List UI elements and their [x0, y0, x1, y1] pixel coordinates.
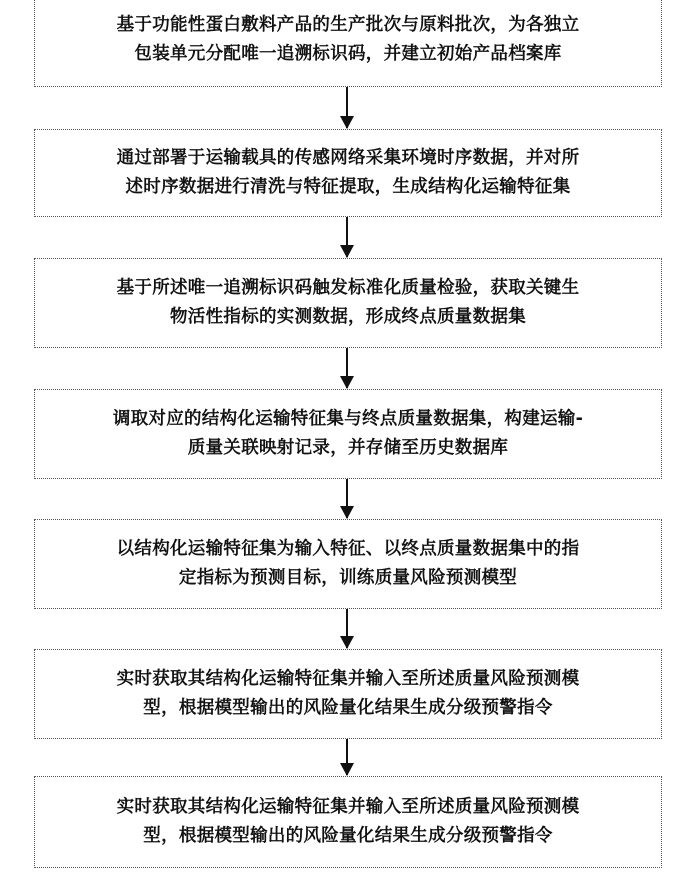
step-box-3: 基于所述唯一追溯标识码触发标准化质量检验，获取关键生 物活性指标的实测数据，形成… — [34, 258, 662, 348]
step-2-line-1: 通过部署于运输载具的传感网络采集环境时序数据，并对所 — [117, 144, 580, 173]
step-2-line-2: 述时序数据进行清洗与特征提取，生成结构化运输特征集 — [126, 173, 571, 202]
step-7-line-1: 实时获取其结构化运输特征集并输入至所述质量风险预测模 — [117, 793, 580, 822]
step-box-1: 基于功能性蛋白敷料产品的生产批次与原料批次，为各独立 包装单元分配唯一追溯标识码… — [34, 0, 662, 87]
step-7-line-2: 型，根据模型输出的风险量化结果生成分级预警指令 — [143, 822, 552, 851]
step-4-line-2: 质量关联映射记录，并存储至历史数据库 — [188, 434, 508, 463]
arrow-down-icon — [346, 348, 348, 388]
arrow-down-icon — [346, 739, 348, 775]
step-box-2: 通过部署于运输载具的传感网络采集环境时序数据，并对所 述时序数据进行清洗与特征提… — [34, 129, 662, 217]
step-3-line-1: 基于所述唯一追溯标识码触发标准化质量检验，获取关键生 — [117, 274, 580, 303]
step-box-7: 实时获取其结构化运输特征集并输入至所述质量风险预测模 型，根据模型输出的风险量化… — [34, 776, 662, 868]
step-1-line-1: 基于功能性蛋白敷料产品的生产批次与原料批次，为各独立 — [117, 11, 580, 40]
step-6-line-2: 型，根据模型输出的风险量化结果生成分级预警指令 — [143, 694, 552, 723]
arrow-down-icon — [346, 479, 348, 518]
step-5-line-2: 定指标为预测目标，训练质量风险预测模型 — [179, 564, 517, 593]
step-box-5: 以结构化运输特征集为输入特征、以终点质量数据集中的指 定指标为预测目标，训练质量… — [34, 519, 662, 609]
step-6-line-1: 实时获取其结构化运输特征集并输入至所述质量风险预测模 — [117, 665, 580, 694]
step-5-line-1: 以结构化运输特征集为输入特征、以终点质量数据集中的指 — [117, 535, 580, 564]
step-box-6: 实时获取其结构化运输特征集并输入至所述质量风险预测模 型，根据模型输出的风险量化… — [34, 649, 662, 739]
step-3-line-2: 物活性指标的实测数据，形成终点质量数据集 — [170, 303, 526, 332]
step-box-4: 调取对应的结构化运输特征集与终点质量数据集，构建运输- 质量关联映射记录，并存储… — [34, 389, 662, 479]
arrow-down-icon — [346, 217, 348, 257]
arrow-down-icon — [346, 609, 348, 648]
step-4-line-1: 调取对应的结构化运输特征集与终点质量数据集，构建运输- — [113, 405, 583, 434]
step-1-line-2: 包装单元分配唯一追溯标识码，并建立初始产品档案库 — [134, 40, 561, 69]
arrow-down-icon — [346, 87, 348, 128]
